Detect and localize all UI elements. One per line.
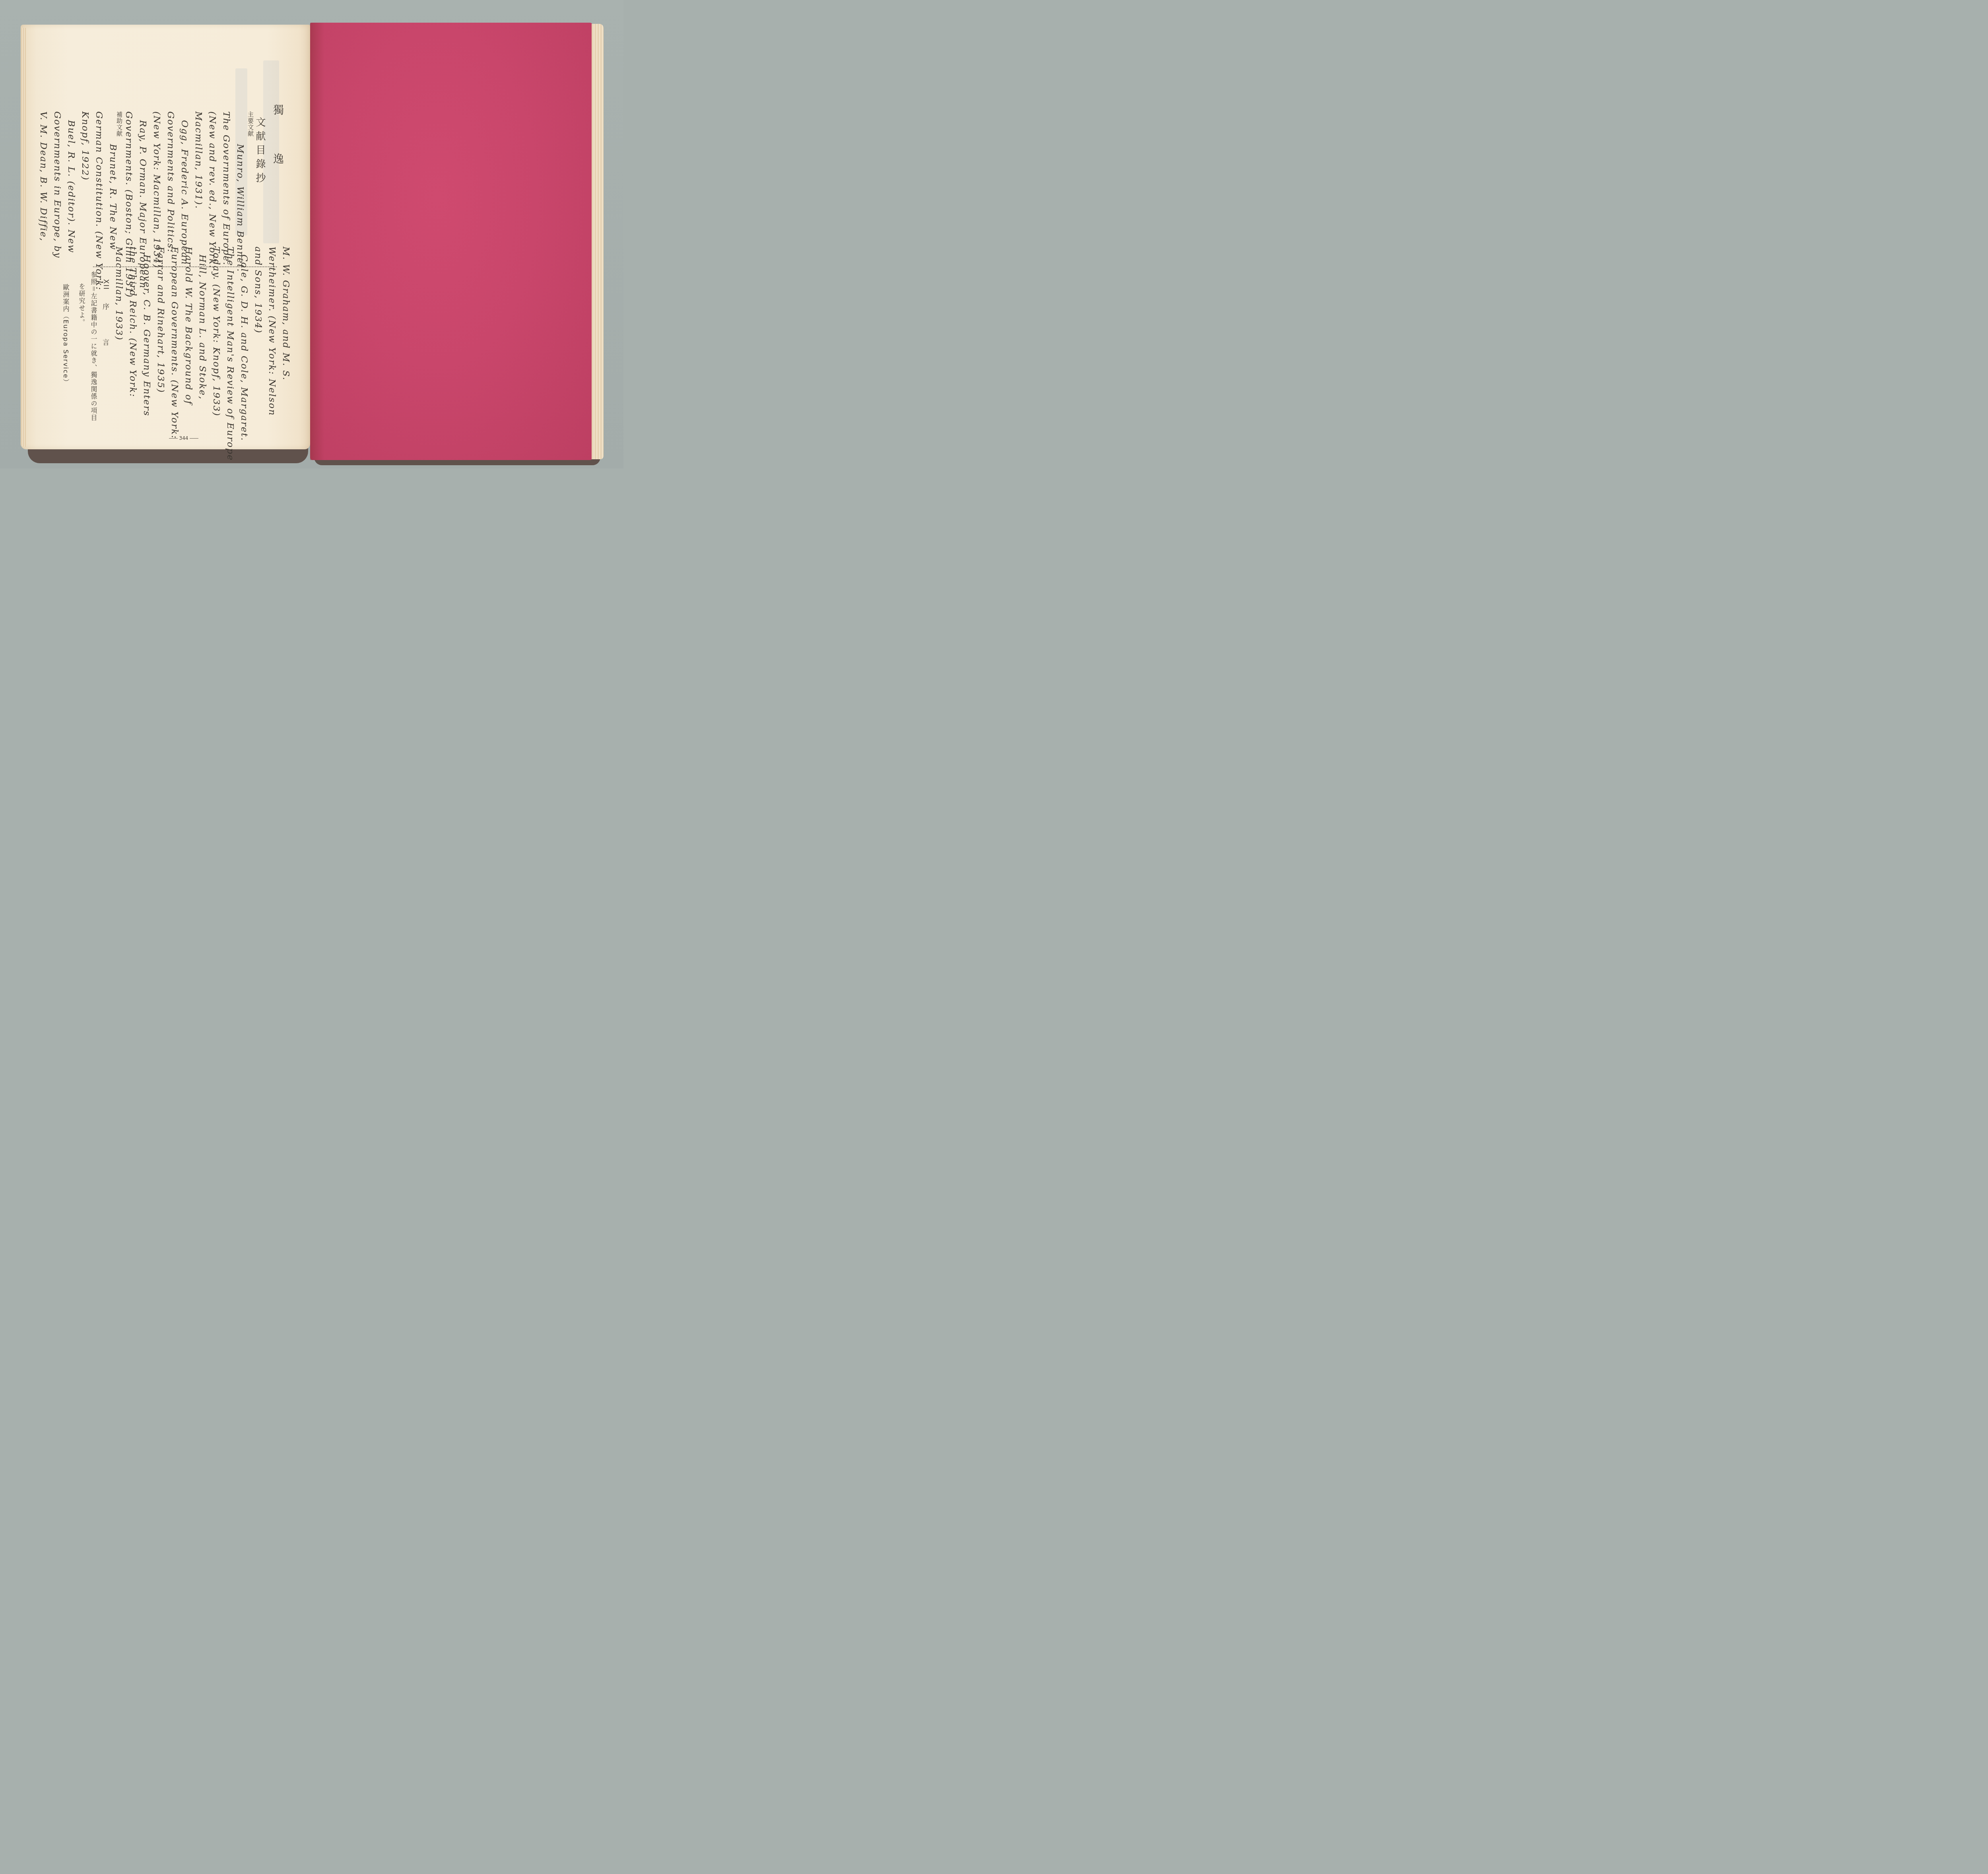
bibliography-line: and Sons, 1934)	[253, 247, 262, 334]
bibliography-line: Buel, R. L. (editor). New	[66, 120, 76, 253]
preface-title: 序 言	[101, 303, 108, 359]
bibliography-line: Macmillan, 1933)	[114, 247, 123, 341]
bibliography-line: Cole, G. D. H. and Cole, Margaret.	[239, 254, 248, 441]
bibliography-line: M. W. Graham, and M. S.	[281, 247, 290, 381]
bibliography-line: Brunet, R. The New	[108, 144, 117, 250]
reference-note: 参照＝左記書籍中の一に就き、獨逸関係の項目	[90, 271, 97, 421]
preface-numeral: XII	[102, 279, 109, 290]
bibliography-line: the Third Reich. (New York:	[128, 247, 137, 398]
bibliography-line: Macmillan, 1931).	[194, 111, 203, 209]
bibliography-line: Hoover, C. B. Germany Enters	[142, 254, 151, 416]
chapter-heading: 獨 逸	[272, 104, 283, 182]
left-page-edge-stack	[21, 28, 26, 447]
right-page-red-leaf	[310, 23, 592, 460]
bibliography-line: German Constitution. (New York:	[94, 111, 103, 291]
bibliography-line: Munro, William Bennet.	[235, 144, 245, 272]
bibliography-line: (New and rev. ed., New York:	[208, 111, 217, 269]
bibliography-line: (New York: Macmillan, 1934)	[152, 111, 161, 268]
bibliography-line: Hill, Norman L. and Stoke,	[198, 254, 207, 400]
left-page: 獨 逸 文献目錄抄 主要文献 Munro, William Bennet. Th…	[21, 25, 310, 449]
reference-note: を研究せよ。	[78, 283, 85, 326]
supplementary-sources-label: 補助文献	[116, 111, 122, 137]
right-fore-edge-stack	[592, 24, 604, 459]
bibliography-line: Ogg, Frederic A. European	[180, 120, 189, 265]
bibliography-line: Wertheimer. (New York: Nelson	[267, 247, 276, 416]
left-page-shadow	[28, 447, 308, 463]
gutter-shadow	[310, 23, 324, 460]
page-number: 344	[164, 435, 204, 441]
bibliography-line: European Governments. (New York:	[170, 247, 179, 439]
bibliography-line: The Governments of Europe.	[221, 111, 231, 266]
bibliography-line: Knopf, 1922)	[80, 111, 89, 181]
bibliography-line: Farrar and Rinehart, 1935)	[156, 247, 165, 393]
bibliography-line: Harold W. The Background of	[184, 247, 193, 405]
bibliography-line: Today. (New York: Knopf, 1933)	[212, 247, 221, 417]
bibliography-line: Governments and Politics:	[166, 111, 175, 253]
bibliography-line: Governments in Europe, by	[52, 111, 62, 258]
reference-note: 歐洲案内（Europa Service）	[62, 284, 69, 386]
bibliography-line: The Intelligent Man's Review of Europe	[225, 247, 235, 461]
primary-sources-label: 主要文献	[247, 111, 253, 137]
bibliography-line: V. M. Dean, B. W. Diffie,	[39, 111, 48, 241]
section-title: 文献目錄抄	[255, 117, 265, 186]
